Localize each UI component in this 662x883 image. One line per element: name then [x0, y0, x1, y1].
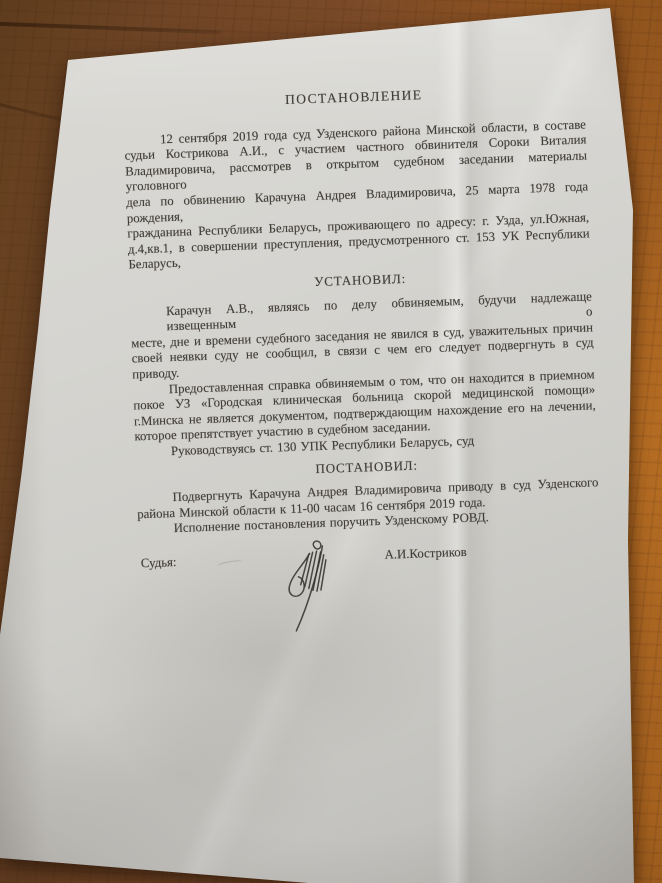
document-title: ПОСТАНОВЛЕНИЕ — [123, 82, 585, 114]
signature-row: Судья: А.И.Костриков — [139, 540, 605, 676]
handwritten-signature-icon — [278, 537, 344, 647]
intro-paragraph: 12 сентября 2019 года суд Узденского рай… — [124, 117, 591, 273]
photo-of-document: ПОСТАНОВЛЕНИЕ 12 сентября 2019 года суд … — [0, 0, 662, 883]
document-body: ПОСТАНОВЛЕНИЕ 12 сентября 2019 года суд … — [112, 63, 613, 676]
pencil-smudge — [217, 559, 244, 569]
judge-name: А.И.Костриков — [384, 545, 467, 563]
judge-label: Судья: — [141, 555, 177, 572]
